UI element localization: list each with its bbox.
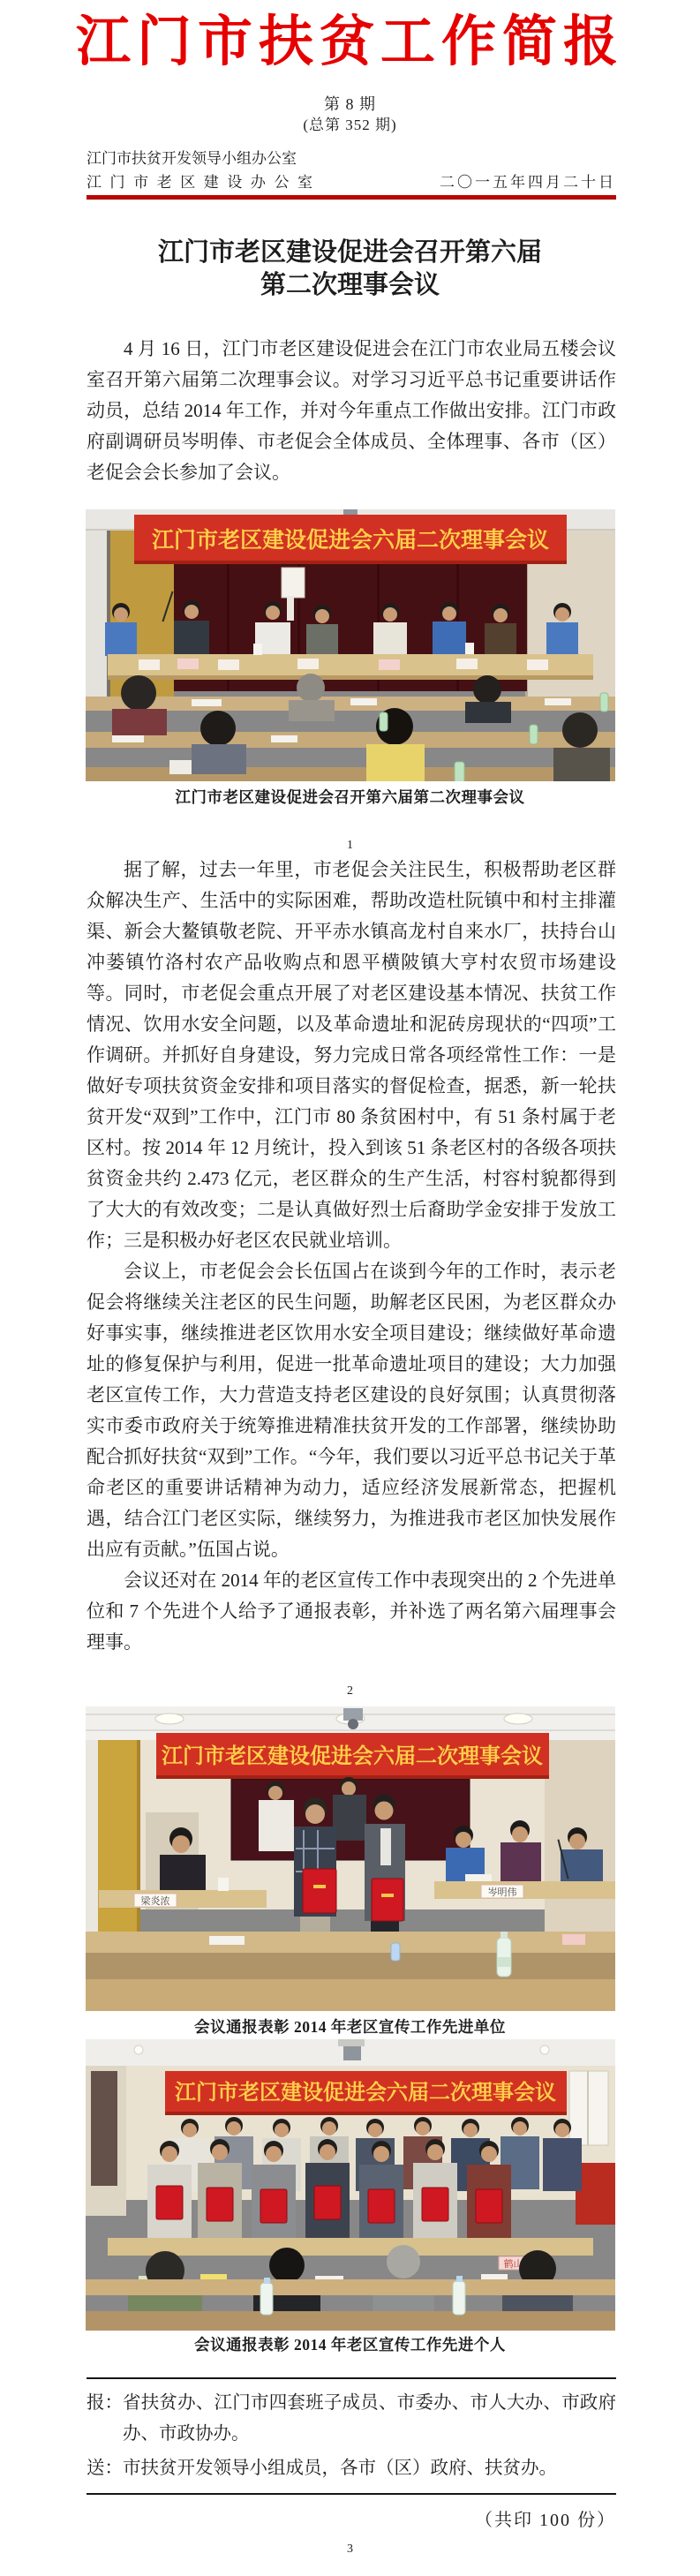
article-title: 江门市老区建设促进会召开第六届 第二次理事会议 [0,237,700,302]
page-number-1: 1 [0,839,700,853]
page-number-3: 3 [0,2542,700,2557]
paragraph: 据了解，过去一年里，市老促会关注民生，积极帮助老区群众解决生产、生活中的实际困难… [87,855,616,1256]
meeting-banner: 江门市老区建设促进会六届二次理事会议 [156,1733,549,1779]
photo-1-illustration: 江门市老区建设促进会六届二次理事会议 [86,509,615,781]
banner-text: 江门市老区建设促进会六届二次理事会议 [152,527,549,553]
report-to-label: 报： [87,2388,123,2419]
print-count: （共印 100 份） [87,2505,616,2536]
photo-1: 江门市老区建设促进会六届二次理事会议 [86,509,615,781]
banner-text: 江门市老区建设促进会六届二次理事会议 [175,2080,556,2105]
issue-date: 二〇一五年四月二十日 [440,170,616,194]
photo-3: 江门市老区建设促进会六届二次理事会议 [86,2039,615,2331]
issuer-office-2: 江门市老区建设办公室 [87,170,312,194]
photo-2-caption: 会议通报表彰 2014 年老区宣传工作先进单位 [0,2015,700,2037]
photo-3-illustration: 江门市老区建设促进会六届二次理事会议 [86,2039,615,2331]
report-to-list: 省扶贫办、江门市四套班子成员、市委办、市人大办、市政府办、市政协办。 [123,2388,616,2450]
article-title-line2: 第二次理事会议 [0,269,700,302]
meeting-banner: 江门市老区建设促进会六届二次理事会议 [165,2071,567,2115]
send-to-label: 送： [87,2453,123,2484]
name-card-text: 岑明伟 [488,1886,517,1898]
send-to-list: 市扶贫开发领导小组成员，各市（区）政府、扶贫办。 [123,2453,616,2484]
article-title-line1: 江门市老区建设促进会召开第六届 [0,237,700,269]
meeting-banner: 江门市老区建设促进会六届二次理事会议 [134,515,567,564]
report-to-row: 报： 省扶贫办、江门市四套班子成员、市委办、市人大办、市政府办、市政协办。 [87,2388,616,2450]
paragraph: 会议上，市老促会会长伍国占在谈到今年的工作时，表示老促会将继续关注老区的民生问题… [87,1256,616,1565]
masthead-title: 江门市扶贫工作简报 [0,12,700,72]
name-card-text: 梁炎浓 [141,1894,170,1907]
paragraph: 4 月 16 日，江门市老区建设促进会在江门市农业局五楼会议室召开第六届第二次理… [87,334,616,488]
photo-2-illustration: 江门市老区建设促进会六届二次理事会议 [86,1706,615,2011]
issuer-office-1: 江门市扶贫开发领导小组办公室 [87,147,312,170]
foreground-desks [86,1932,615,2011]
cumulative-issue-number: (总第 352 期) [0,112,700,134]
paragraphs-2-4-block: 据了解，过去一年里，市老促会关注民生，积极帮助老区群众解决生产、生活中的实际困难… [87,855,616,1658]
paragraph: 会议还对在 2014 年的老区宣传工作中表现突出的 2 个先进单位和 7 个先进… [87,1565,616,1658]
page-number-2: 2 [0,1684,700,1699]
masthead-rule [87,195,616,200]
issuer-block: 江门市扶贫开发领导小组办公室 江门市老区建设办公室 二〇一五年四月二十日 [87,147,616,194]
photo-3-caption: 会议通报表彰 2014 年老区宣传工作先进个人 [0,2333,700,2355]
distribution-block: 报： 省扶贫办、江门市四套班子成员、市委办、市人大办、市政府办、市政协办。 送：… [87,2377,616,2536]
paragraph-1-block: 4 月 16 日，江门市老区建设促进会在江门市农业局五楼会议室召开第六届第二次理… [87,334,616,488]
photo-1-caption: 江门市老区建设促进会召开第六届第二次理事会议 [0,786,700,808]
photo-2: 江门市老区建设促进会六届二次理事会议 [86,1706,615,2011]
bulletin-page: 江门市扶贫工作简报 第 8 期 (总第 352 期) 江门市扶贫开发领导小组办公… [0,0,700,2576]
send-to-row: 送： 市扶贫开发领导小组成员，各市（区）政府、扶贫办。 [87,2453,616,2484]
banner-text: 江门市老区建设促进会六届二次理事会议 [162,1744,543,1768]
